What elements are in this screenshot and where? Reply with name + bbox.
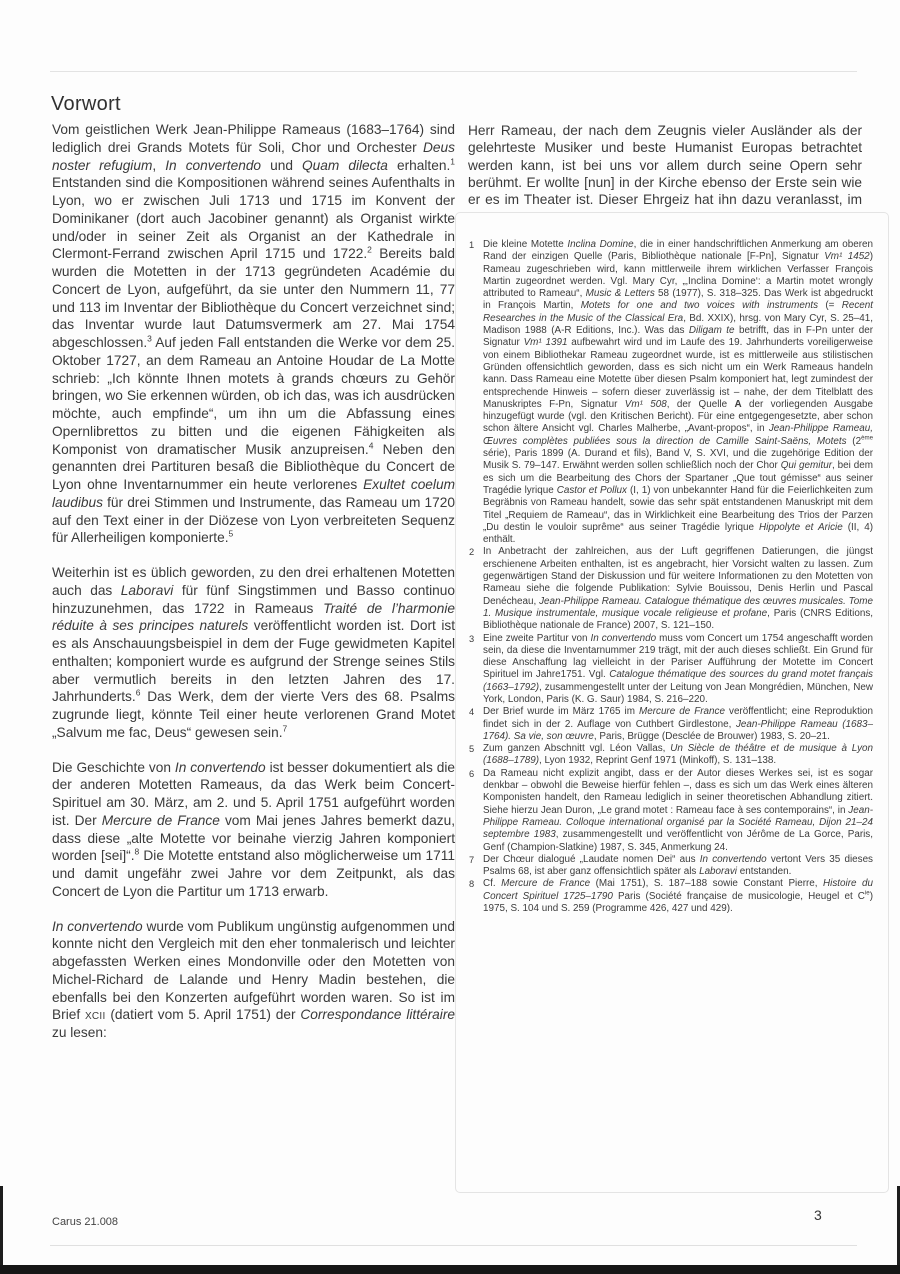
footer-rule	[50, 1245, 857, 1246]
footnote: 7 Der Chœur dialogué „Laudate nomen Dei“…	[469, 854, 873, 879]
page-title: Vorwort	[51, 93, 121, 116]
body-paragraph-2: Weiterhin ist es üblich geworden, zu den…	[52, 564, 455, 742]
document-page: Vorwort Vom geistlichen Werk Jean-Philip…	[0, 0, 900, 1274]
footnote: 5 Zum ganzen Abschnitt vgl. Léon Vallas,…	[469, 743, 873, 768]
footnote: 2 In Anbetracht der zahlreichen, aus der…	[469, 546, 873, 632]
footnote: 1 Die kleine Motette Inclina Domine, die…	[469, 239, 873, 546]
footnote-text: Eine zweite Partitur von In convertendo …	[483, 633, 873, 707]
footnote: 4 Der Brief wurde im März 1765 im Mercur…	[469, 706, 873, 743]
header-rule	[50, 71, 857, 72]
left-text-column: Vom geistlichen Werk Jean-Philippe Ramea…	[52, 121, 455, 1059]
body-paragraph-1: Vom geistlichen Werk Jean-Philippe Ramea…	[52, 121, 455, 547]
footnote: 6 Da Rameau nicht explizit angibt, dass …	[469, 768, 873, 854]
quote-paragraph: Herr Rameau, der nach dem Zeugnis vieler…	[468, 122, 862, 208]
footnote-text: Zum ganzen Abschnitt vgl. Léon Vallas, U…	[483, 743, 873, 768]
footnote-number: 8	[469, 878, 483, 915]
right-text-column: Herr Rameau, der nach dem Zeugnis vieler…	[468, 122, 862, 208]
footnote-number: 7	[469, 854, 483, 879]
catalog-number: Carus 21.008	[52, 1216, 118, 1228]
body-paragraph-3: Die Geschichte von In convertendo ist be…	[52, 759, 455, 901]
footnote-number: 1	[469, 239, 483, 546]
page-number: 3	[814, 1207, 822, 1223]
footnote-number: 3	[469, 633, 483, 707]
footnote-text: Cf. Mercure de France (Mai 1751), S. 187…	[483, 878, 873, 915]
footnotes-block: 1 Die kleine Motette Inclina Domine, die…	[455, 212, 889, 1193]
footnote-number: 5	[469, 743, 483, 768]
footnote-text: Da Rameau nicht explizit angibt, dass er…	[483, 768, 873, 854]
footnote-text: Der Chœur dialogué „Laudate nomen Dei“ a…	[483, 854, 873, 879]
footnote-text: Der Brief wurde im März 1765 im Mercure …	[483, 706, 873, 743]
body-paragraph-4: In convertendo wurde vom Publikum ungüns…	[52, 918, 455, 1042]
footnote-number: 6	[469, 768, 483, 854]
footnote-number: 2	[469, 546, 483, 632]
footnote-number: 4	[469, 706, 483, 743]
footnote-text: In Anbetracht der zahlreichen, aus der L…	[483, 546, 873, 632]
footnote: 8 Cf. Mercure de France (Mai 1751), S. 1…	[469, 878, 873, 915]
scan-edge-bottom	[0, 1265, 900, 1274]
footnote-text: Die kleine Motette Inclina Domine, die i…	[483, 239, 873, 546]
footnote: 3 Eine zweite Partitur von In convertend…	[469, 633, 873, 707]
scan-edge-left	[0, 1186, 3, 1274]
